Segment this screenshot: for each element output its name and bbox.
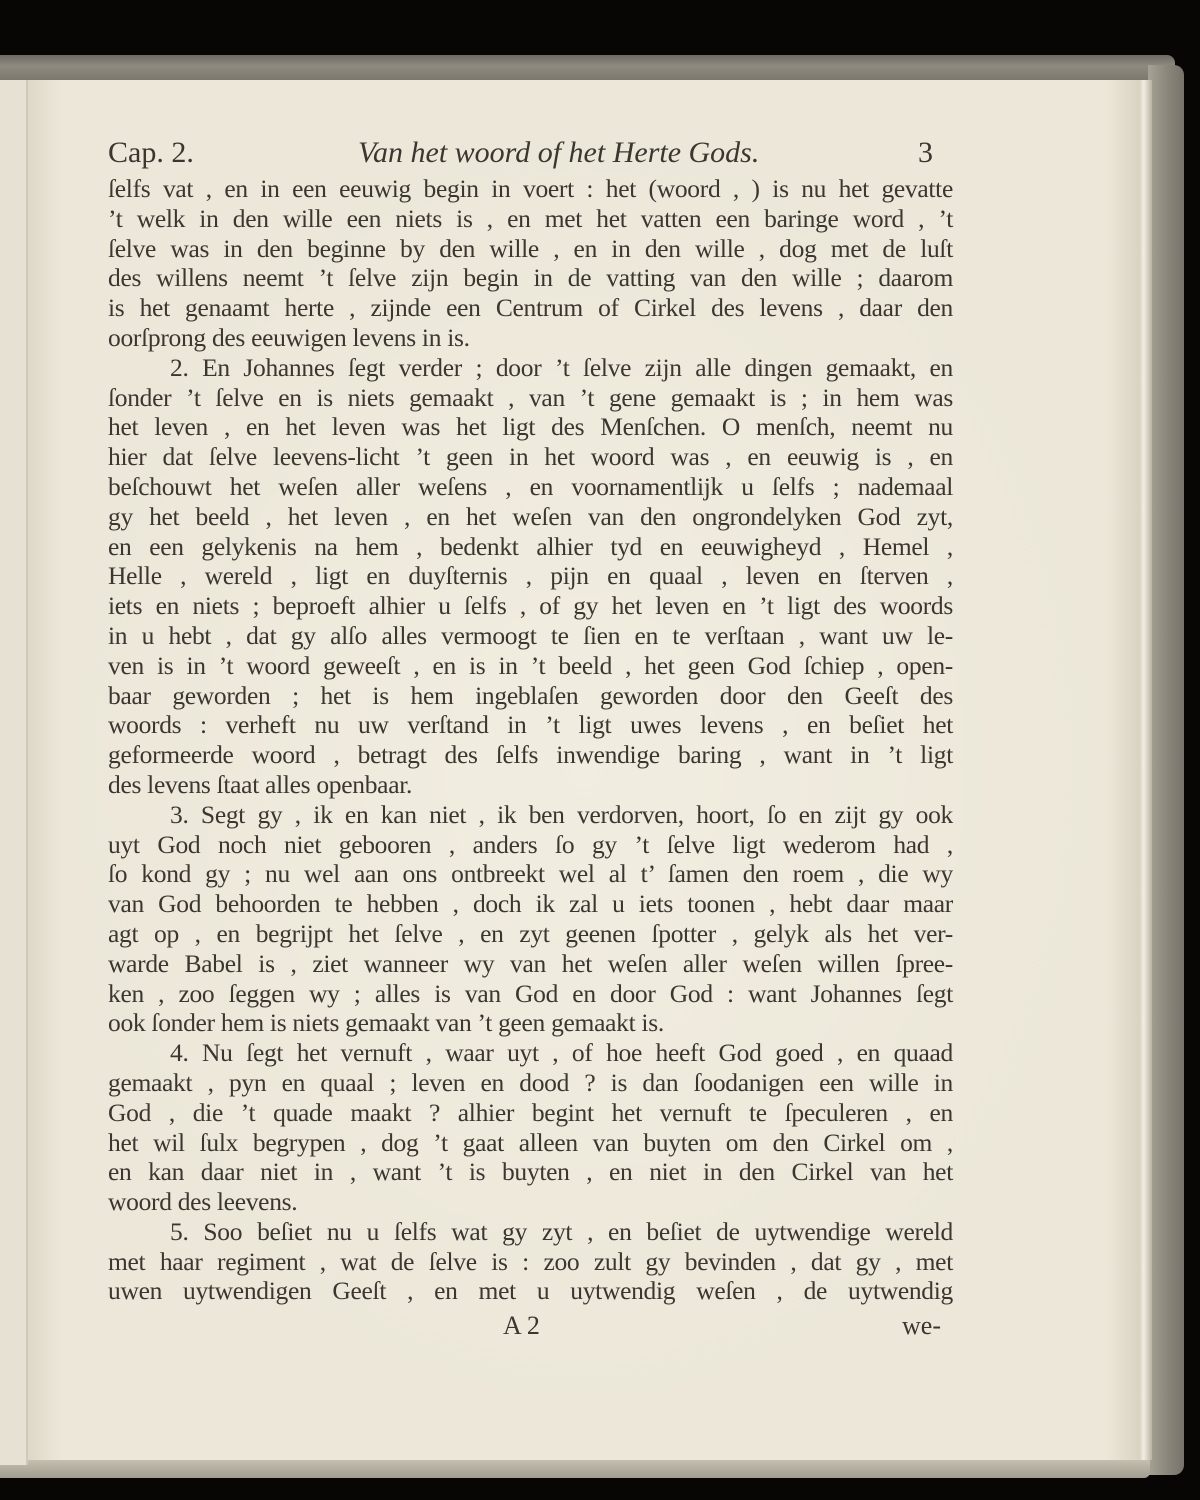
text-line: iets en niets ; beproeft alhier u ſelfs … [108, 591, 953, 621]
text-line: in u hebt , dat gy alſo alles vermoogt t… [108, 621, 953, 651]
text-line: gy het beeld , het leven , en het weſen … [108, 502, 953, 532]
facing-page-edge [0, 80, 28, 1465]
text-line: ven is in ’t woord geweeſt , en is in ’t… [108, 651, 953, 681]
page-block-bottom-edge [0, 1458, 1150, 1478]
text-line: uwen uytwendigen Geeſt , en met u uytwen… [108, 1276, 953, 1306]
page-number: 3 [918, 132, 933, 174]
text-line: ’t welk in den wille een niets is , en m… [108, 204, 953, 234]
page-title: Van het woord of het Herte Gods. [358, 132, 759, 174]
text-line: ſo kond gy ; nu wel aan ons ontbreekt we… [108, 859, 953, 889]
text-line: en een gelykenis na hem , bedenkt alhier… [108, 532, 953, 562]
text-line: ſelfs vat , en in een eeuwig begin in vo… [108, 174, 953, 204]
running-head: Cap. 2. Van het woord of het Herte Gods.… [108, 132, 953, 174]
text-line: en kan daar niet in , want ’t is buyten … [108, 1157, 953, 1187]
text-line: des willens neemt ’t ſelve zijn begin in… [108, 263, 953, 293]
text-line: het leven , en het leven was het ligt de… [108, 412, 953, 442]
text-line: warde Babel is , ziet wanneer wy van het… [108, 949, 953, 979]
text-line: ſonder ’t ſelve en is niets gemaakt , va… [108, 383, 953, 413]
text-line: hier dat ſelve leevens-licht ’t geen in … [108, 442, 953, 472]
text-line: baar geworden ; het is hem ingeblaſen ge… [108, 681, 953, 711]
text-line: van God behoorden te hebben , doch ik za… [108, 889, 953, 919]
chapter-label: Cap. 2. [108, 132, 194, 174]
text-line: agt op , en begrijpt het ſelve , en zyt … [108, 919, 953, 949]
text-line: Helle , wereld , ligt en duyſternis , pi… [108, 561, 953, 591]
book-cover-right-edge [1148, 65, 1184, 1475]
body-text: ſelfs vat , en in een eeuwig begin in vo… [108, 174, 953, 1306]
text-line: ook ſonder hem is niets gemaakt van ’t g… [108, 1008, 953, 1038]
text-line: ken , zoo ſeggen wy ; alles is van God e… [108, 979, 953, 1009]
text-line: beſchouwt het weſen aller weſens , en vo… [108, 472, 953, 502]
text-line: gemaakt , pyn en quaal ; leven en dood ?… [108, 1068, 953, 1098]
text-line: God , die ’t quade maakt ? alhier begint… [108, 1098, 953, 1128]
text-line: oorſprong des eeuwigen levens in is. [108, 323, 953, 353]
text-line: 3. Segt gy , ik en kan niet , ik ben ver… [108, 800, 953, 830]
text-line: met haar regiment , wat de ſelve is : zo… [108, 1247, 953, 1277]
text-line: geformeerde woord , betragt des ſelfs in… [108, 740, 953, 770]
text-line: woords : verheft nu uw verſtand in ’t li… [108, 710, 953, 740]
text-block: Cap. 2. Van het woord of het Herte Gods.… [108, 132, 953, 1344]
text-line: 5. Soo beſiet nu u ſelfs wat gy zyt , en… [108, 1217, 953, 1247]
text-line: ſelve was in den beginne by den wille , … [108, 234, 953, 264]
text-line: 4. Nu ſegt het vernuft , waar uyt , of h… [108, 1038, 953, 1068]
signature-mark: A 2 [503, 1308, 540, 1344]
page-footer: A 2 we- [108, 1308, 953, 1344]
text-line: 2. En Johannes ſegt verder ; door ’t ſel… [108, 353, 953, 383]
page-block-right-edge [1138, 80, 1152, 1460]
book-cover-top-edge [0, 55, 1175, 82]
text-line: uyt God noch niet gebooren , anders ſo g… [108, 830, 953, 860]
catchword: we- [902, 1308, 941, 1344]
text-line: is het genaamt herte , zijnde een Centru… [108, 293, 953, 323]
text-line: des levens ſtaat alles openbaar. [108, 770, 953, 800]
text-line: woord des leevens. [108, 1187, 953, 1217]
text-line: het wil ſulx begrypen , dog ’t gaat alle… [108, 1128, 953, 1158]
